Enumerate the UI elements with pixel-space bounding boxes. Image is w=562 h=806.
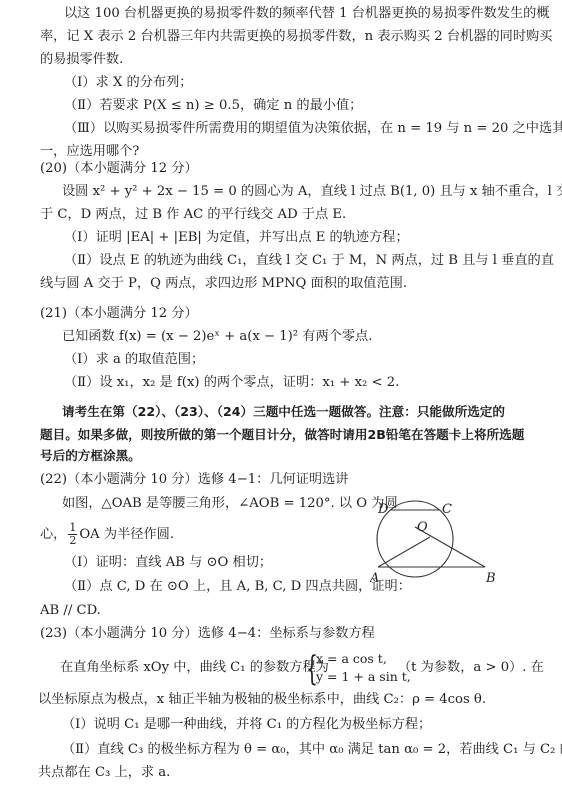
q20-part-2: （Ⅱ）设点 E 的轨迹为曲线 C₁，直线 l 交 C₁ 于 M，N 两点，过 B… <box>64 251 554 271</box>
q23-stem-prefix: 在直角坐标系 xOy 中，曲线 C₁ 的参数方程为 <box>60 658 329 678</box>
q22-header: (22)（本小题满分 10 分）选修 4−1：几何证明选讲 <box>40 470 348 490</box>
notice-line: 题目。如果多做，则按所做的第一个题目计分，做答时请用2B铅笔在答题卡上将所选题 <box>40 425 524 445</box>
notice-line: 请考生在第（22）、（23）、（24）三题中任选一题做答。注意：只能做所选定的 <box>62 402 505 422</box>
q19-part-2: （Ⅱ）若要求 P(X ≤ n) ≥ 0.5，确定 n 的最小值； <box>64 96 362 116</box>
q22-stem-line: 如图，△OAB 是等腰三角形，∠AOB = 120°. 以 O 为圆 <box>62 494 398 514</box>
q21-part-2: （Ⅱ）设 x₁，x₂ 是 f(x) 的两个零点，证明：x₁ + x₂ < 2. <box>64 373 399 393</box>
geometry-figure: D C O A B <box>370 485 555 585</box>
label-c: C <box>442 502 452 517</box>
q23-part-2: （Ⅱ）直线 C₃ 的极坐标方程为 θ = α₀，其中 α₀ 满足 tan α₀ … <box>62 740 562 760</box>
q23-stem-suffix: （t 为参数，a > 0）. 在 <box>398 658 544 678</box>
q22-part-2-cont: AB // CD. <box>40 601 101 621</box>
label-o: O <box>417 520 428 535</box>
parametric-eq-x: x = a cos t, <box>316 650 387 668</box>
q19-text-line: 的易损零件数. <box>40 50 123 70</box>
q21-header: (21)（本小题满分 12 分） <box>40 304 198 324</box>
q19-part-3: （Ⅲ）以购买易损零件所需费用的期望值为决策依据，在 n = 19 与 n = 2… <box>64 119 562 139</box>
q20-part-1: （Ⅰ）证明 |EA| + |EB| 为定值，并写出点 E 的轨迹方程； <box>64 228 409 248</box>
q20-part-2-cont: 线与圆 A 交于 P，Q 两点，求四边形 MPNQ 面积的取值范围. <box>40 274 407 294</box>
q23-part-1: （Ⅰ）说明 C₁ 是哪一种曲线，并将 C₁ 的方程化为极坐标方程； <box>62 715 431 735</box>
q19-text-line: 以这 100 台机器更换的易损零件数的频率代替 1 台机器更换的易损零件数发生的… <box>64 4 550 24</box>
label-d: D <box>377 502 389 517</box>
q19-text-line: 率，记 X 表示 2 台机器三年内共需更换的易损零件数，n 表示购买 2 台机器… <box>40 27 552 47</box>
q22-part-2: （Ⅱ）点 C, D 在 ⊙O 上，且 A, B, C, D 四点共圆，证明： <box>64 577 411 597</box>
q20-stem-line: 设圆 x² + y² + 2x − 15 = 0 的圆心为 A，直线 l 过点 … <box>62 182 562 202</box>
q22-part-1: （Ⅰ）证明：直线 AB 与 ⊙O 相切； <box>64 553 272 573</box>
q20-stem-line: 于 C，D 两点，过 B 作 AC 的平行线交 AD 于点 E. <box>40 205 346 225</box>
label-a: A <box>370 571 379 585</box>
q23-stem-line2: 以坐标原点为极点，x 轴正半轴为极轴的极坐标系中，曲线 C₂：ρ = 4cos … <box>38 690 486 710</box>
q23-header: (23)（本小题满分 10 分）选修 4−4：坐标系与参数方程 <box>40 624 375 644</box>
q19-part-1: （Ⅰ）求 X 的分布列； <box>64 73 192 93</box>
fraction-one-half: 12 <box>68 522 77 547</box>
q22-stem-prefix: 心， <box>40 527 66 542</box>
frac-denominator: 2 <box>68 535 77 547</box>
q22-stem-suffix: OA 为半径作圆. <box>79 527 174 542</box>
q21-part-1: （Ⅰ）求 a 的取值范围； <box>64 350 204 370</box>
q22-stem-line2: 心，12OA 为半径作圆. <box>40 522 174 547</box>
segment-oa <box>378 537 430 567</box>
notice-line: 号后的方框涂黑。 <box>40 446 141 466</box>
label-b: B <box>485 571 496 585</box>
q21-stem: 已知函数 f(x) = (x − 2)eˣ + a(x − 1)² 有两个零点. <box>62 327 372 347</box>
q20-header: (20)（本小题满分 12 分） <box>40 159 198 179</box>
q23-part-2-cont: 共点都在 C₃ 上，求 a. <box>38 763 170 783</box>
parametric-eq-y: y = 1 + a sin t, <box>316 668 411 686</box>
